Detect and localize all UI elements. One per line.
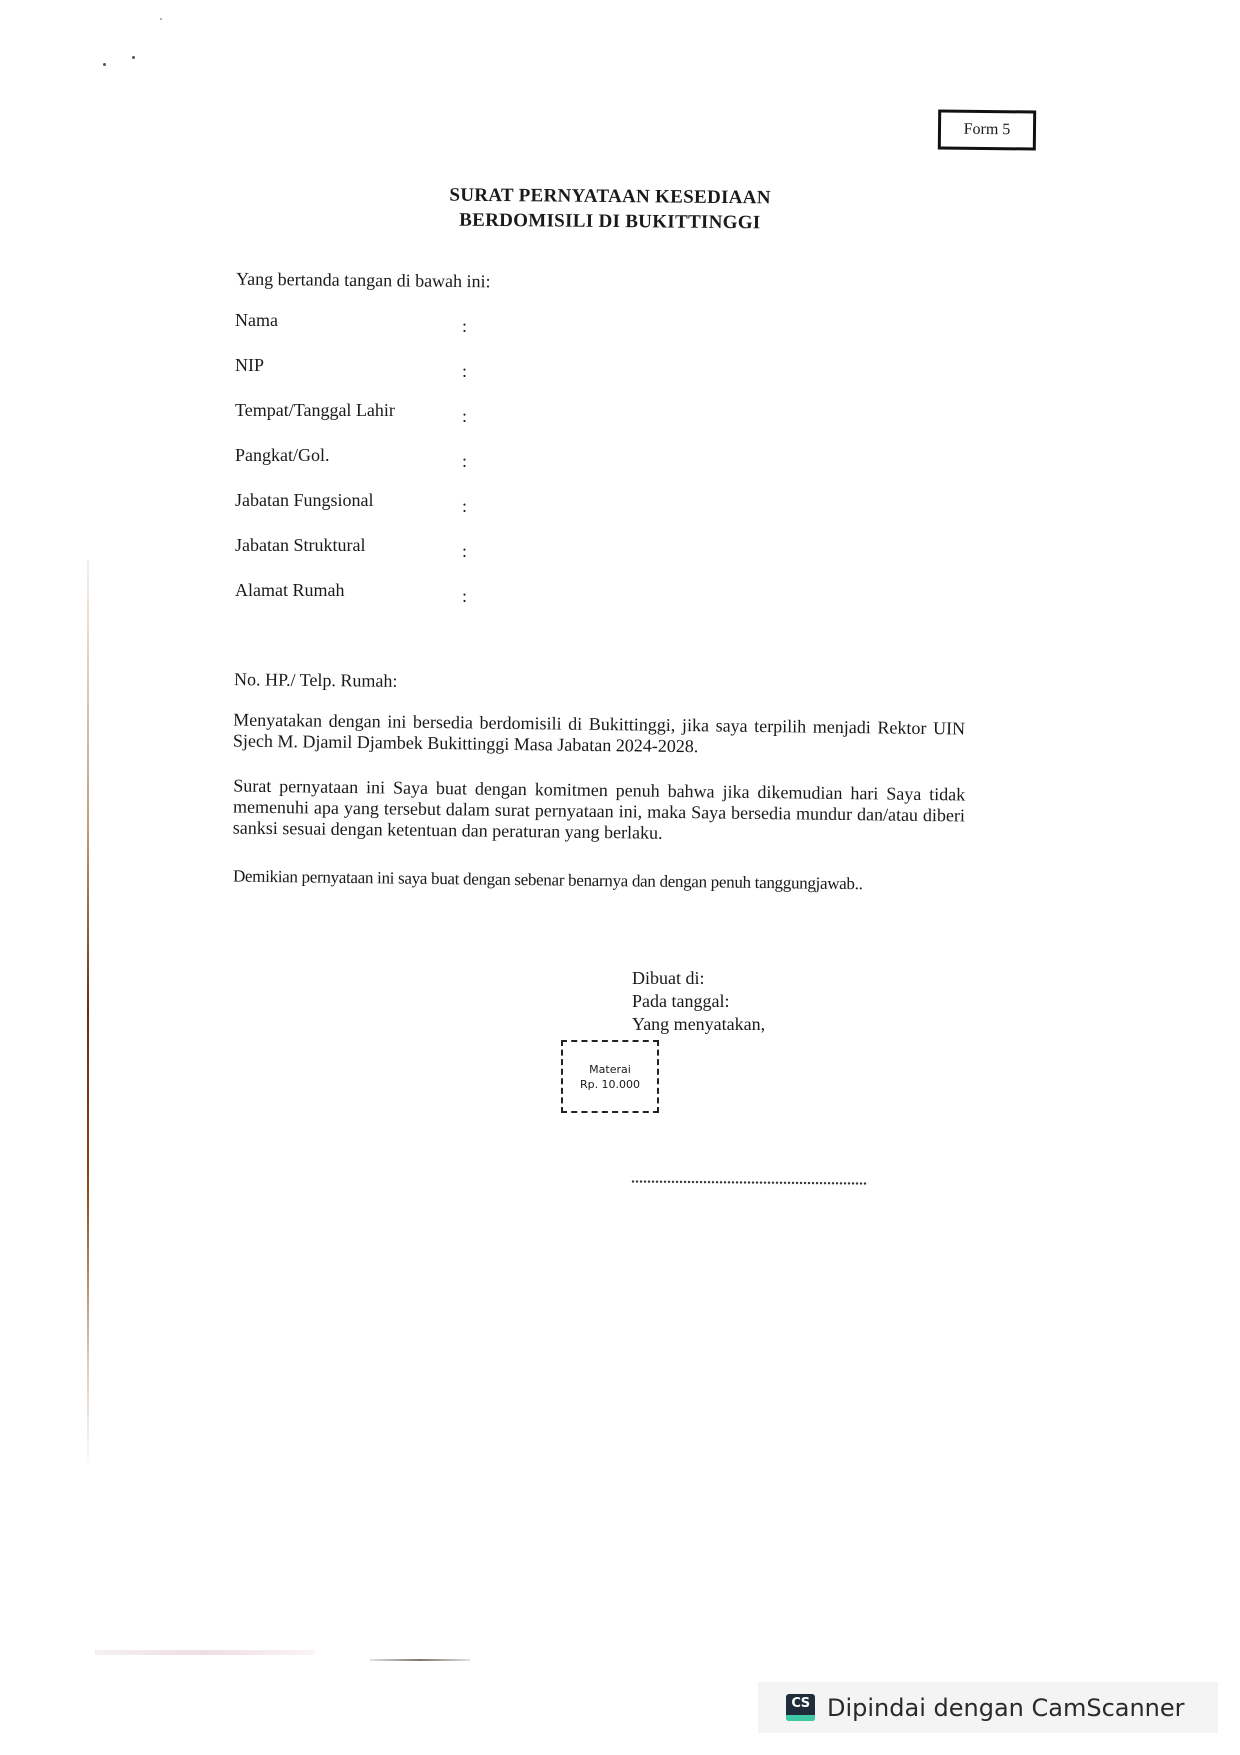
field-label: NIP	[235, 355, 264, 376]
scan-speck	[103, 63, 106, 66]
statement-paragraph: Menyatakan dengan ini bersedia berdomisi…	[233, 710, 965, 761]
field-alamat-rumah: Alamat Rumah :	[235, 580, 495, 604]
field-separator: :	[462, 316, 467, 337]
field-label: Jabatan Struktural	[235, 535, 365, 556]
closing-paragraph: Demikian pernyataan ini saya buat dengan…	[233, 866, 965, 896]
field-separator: :	[462, 496, 467, 517]
camscanner-text: Dipindai dengan CamScanner	[827, 1694, 1185, 1722]
field-pangkat-gol: Pangkat/Gol. :	[235, 445, 495, 469]
field-separator: :	[462, 586, 467, 607]
field-label: Alamat Rumah	[235, 580, 344, 601]
stamp-label: Materai	[589, 1062, 631, 1077]
intro-text: Yang bertanda tangan di bawah ini:	[236, 269, 491, 293]
field-tempat-tanggal-lahir: Tempat/Tanggal Lahir :	[235, 400, 495, 424]
field-label: Pangkat/Gol.	[235, 445, 330, 466]
field-separator: :	[462, 541, 467, 562]
phone-field-label: No. HP./ Telp. Rumah:	[234, 669, 398, 692]
commitment-paragraph: Surat pernyataan ini Saya buat dengan ko…	[233, 776, 966, 848]
signature-block: Dibuat di: Pada tanggal: Yang menyatakan…	[632, 967, 765, 1036]
place-label: Dibuat di:	[632, 967, 765, 990]
logo-accent-bar	[786, 1715, 815, 1721]
document-title: SURAT PERNYATAAN KESEDIAAN BERDOMISILI D…	[380, 182, 840, 236]
field-label: Jabatan Fungsional	[235, 490, 373, 511]
form-number-label: Form 5	[964, 121, 1011, 139]
scan-speck	[132, 56, 135, 59]
scan-smudge	[95, 1650, 315, 1655]
closing-label: Yang menyatakan,	[632, 1013, 765, 1036]
stamp-amount: Rp. 10.000	[580, 1077, 640, 1092]
field-nama: Nama :	[235, 310, 495, 334]
field-nip: NIP :	[235, 355, 495, 379]
camscanner-logo-icon: CS	[786, 1694, 815, 1721]
field-separator: :	[462, 451, 467, 472]
field-label: Nama	[235, 310, 278, 331]
signature-line	[631, 1180, 867, 1185]
field-separator: :	[462, 406, 467, 427]
camscanner-watermark: CS Dipindai dengan CamScanner	[758, 1682, 1218, 1733]
field-jabatan-fungsional: Jabatan Fungsional :	[235, 490, 495, 514]
title-line-2: BERDOMISILI DI BUKITTINGGI	[380, 207, 840, 236]
field-separator: :	[462, 361, 467, 382]
date-label: Pada tanggal:	[632, 990, 765, 1013]
scan-margin-line	[87, 560, 89, 1460]
form-number-box: Form 5	[938, 109, 1036, 150]
title-line-1: SURAT PERNYATAAN KESEDIAAN	[380, 182, 840, 211]
field-jabatan-struktural: Jabatan Struktural :	[235, 535, 495, 559]
scan-speck	[160, 18, 162, 20]
field-label: Tempat/Tanggal Lahir	[235, 400, 395, 421]
scan-mark	[370, 1659, 470, 1661]
camscanner-logo-text: CS	[791, 1694, 809, 1714]
stamp-duty-placeholder: Materai Rp. 10.000	[561, 1040, 659, 1113]
